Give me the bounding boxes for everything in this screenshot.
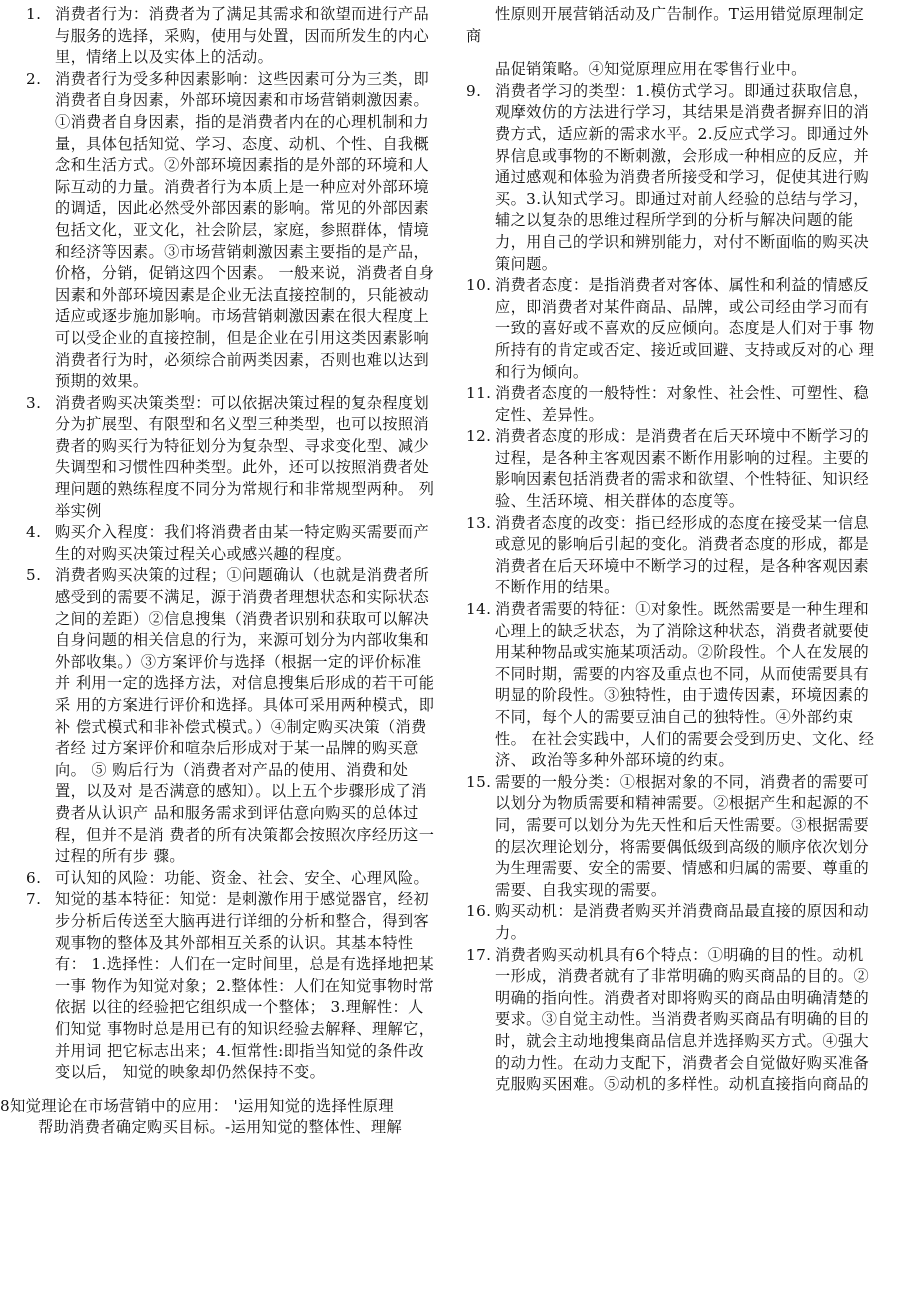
text-line: 同，需要可以划分为先天性和后天性需要。③根据需要 [495, 815, 894, 837]
text-line: 购买介入程度：我们将消费者由某一特定购买需要而产 [55, 522, 458, 544]
text-line: 通过感观和体验为消费者所接受和学习，促使其进行购 [495, 167, 894, 189]
text-line: 辅之以复杂的思维过程所学到的分析与解决问题的能 [495, 210, 894, 232]
text-line: 与服务的选择，采购，使用与处置，因而所发生的内心 [55, 26, 458, 48]
text-line: 费方式，适应新的需求水平。2.反应式学习。即通过外 [495, 124, 894, 146]
list-item: 5.消费者购买决策的过程；①问题确认（也就是消费者所感受到的需要不满足，源于消费… [26, 565, 458, 867]
text-line: 不断作用的结果。 [495, 577, 894, 599]
item-8-paragraph: 8知觉理论在市场营销中的应用： '运用知觉的选择性原理帮助消费者确定购买目标。-… [26, 1096, 458, 1139]
item-number: 2. [26, 69, 54, 91]
text-line: 理问题的熟练程度不同分为常规行和非常规型两种。 列 [55, 479, 458, 501]
text-line: 消费者在后天环境中不断学习的过程，是各种客观因素 [495, 556, 894, 578]
text-line: 性。 在社会实践中，人们的需要会受到历史、文化、经 [495, 729, 894, 751]
text-line: 们知觉 事物时总是用已有的知识经验去解释、理解它， [55, 1019, 458, 1041]
text-line: 消费者购买决策的过程；①问题确认（也就是消费者所 [55, 565, 458, 587]
item-number: 13. [466, 513, 494, 535]
text-line: 心理上的缺乏状态，为了消除这种状态，消费者就要使 [495, 621, 894, 643]
text-line: 向。 ⑤ 购后行为（消费者对产品的使用、消费和处 [55, 760, 458, 782]
text-line: 所持有的肯定或否定、接近或回避、支持或反对的心 理 [495, 340, 894, 362]
text-line: 策问题。 [495, 254, 894, 276]
text-line: 为生理需要、安全的需要、情感和归属的需要、尊重的 [495, 858, 894, 880]
text-line: 消费者学习的类型：1.模仿式学习。即通过获取信息， [495, 81, 894, 103]
text-line: 消费者态度的改变：指已经形成的态度在接受某一信息 [495, 513, 894, 535]
item-number: 10. [466, 275, 494, 297]
text-line: 定性、差异性。 [495, 405, 894, 427]
list-item: 1.消费者行为：消费者为了满足其需求和欲望而进行产品与服务的选择，采购，使用与处… [26, 4, 458, 69]
text-line: 不同，每个人的需要豆油自己的独特性。④外部约束 [495, 707, 894, 729]
list-item: 17.消费者购买动机具有6个特点：①明确的目的性。动机一形成，消费者就有了非常明… [466, 945, 894, 1096]
text-line: 知觉的基本特征：知觉：是刺激作用于感觉器官，经初 [55, 889, 458, 911]
text-line: 过程的所有步 骤。 [55, 846, 458, 868]
list-item: 2.消费者行为受多种因素影响：这些因素可分为三类，即消费者自身因素，外部环境因素… [26, 69, 458, 393]
item-number: 3. [26, 393, 54, 415]
text-line: 帮助消费者确定购买目标。-运用知觉的整体性、理解 [26, 1117, 458, 1139]
text-line: 济、 政治等多种外部环境的约束。 [495, 750, 894, 772]
text-line: 可认知的风险：功能、资金、社会、安全、心理风险。 [55, 868, 458, 890]
text-line: 以划分为物质需要和精神需要。②根据产生和起源的不 [495, 793, 894, 815]
text-line: 包括文化，亚文化，社会阶层，家庭，参照群体，情境 [55, 220, 458, 242]
text-line: 一形成，消费者就有了非常明确的购买商品的目的。② [495, 966, 894, 988]
text-line: 和经济等因素。③市场营销刺激因素主要指的是产品， [55, 242, 458, 264]
text-line: 步分析后传送至大脑再进行详细的分析和整合，得到客 [55, 911, 458, 933]
item-8-continuation: 性原则开展营销活动及广告制作。T运用错觉原理制定 商 品促销策略。④知觉原理应用… [466, 4, 894, 81]
list-item: 12.消费者态度的形成：是消费者在后天环境中不断学习的过程，是各种主客观因素不断… [466, 426, 894, 512]
text-line: 消费者购买决策类型：可以依据决策过程的复杂程度划 [55, 393, 458, 415]
item-number: 6. [26, 868, 54, 890]
list-item: 4.购买介入程度：我们将消费者由某一特定购买需要而产生的对购买决策过程关心或感兴… [26, 522, 458, 565]
right-items-list: 9.消费者学习的类型：1.模仿式学习。即通过获取信息，观摩效仿的方法进行学习，其… [466, 81, 894, 1096]
text-line: 补 偿式模式和非补偿式模式。）④制定购买决策（消费 [55, 717, 458, 739]
text-line: 消费者行为时，必须综合前两类因素，否则也难以达到 [55, 350, 458, 372]
text-line: 或意见的影响后引起的变化。消费者态度的形成，都是 [495, 534, 894, 556]
text-line: 明确的指向性。消费者对即将购买的商品由明确清楚的 [495, 988, 894, 1010]
text-line: 变以后， 知觉的映象却仍然保持不变。 [55, 1062, 458, 1084]
right-column: 性原则开展营销活动及广告制作。T运用错觉原理制定 商 品促销策略。④知觉原理应用… [466, 4, 894, 1096]
text-line: 举实例 [55, 501, 458, 523]
list-item: 15.需要的一般分类：①根据对象的不同，消费者的需要可以划分为物质需要和精神需要… [466, 772, 894, 902]
text-line: 要求。③自觉主动性。当消费者购买商品有明确的目的 [495, 1009, 894, 1031]
text-line: 费者的购买行为特征划分为复杂型、寻求变化型、减少 [55, 436, 458, 458]
item-number: 9. [466, 81, 494, 103]
text-line: 需要的一般分类：①根据对象的不同，消费者的需要可 [495, 772, 894, 794]
text-line: 时，就会主动地搜集商品信息并选择购买方式。④强大 [495, 1031, 894, 1053]
text-line: 失调型和习惯性四种类型。此外，还可以按照消费者处 [55, 457, 458, 479]
text-line: 适应或逐步施加影响。市场营销刺激因素在很大程度上 [55, 306, 458, 328]
text-line: 8知觉理论在市场营销中的应用： '运用知觉的选择性原理 [0, 1096, 458, 1118]
left-column: 1.消费者行为：消费者为了满足其需求和欲望而进行产品与服务的选择，采购，使用与处… [26, 4, 458, 1139]
text-line: 之间的差距）②信息搜集（消费者识别和获取可以解决 [55, 609, 458, 631]
text-line: 力，用自己的学识和辨别能力，对付不断面临的购买决 [495, 232, 894, 254]
text-line: 买。3.认知式学习。即通过对前人经验的总结与学习， [495, 189, 894, 211]
text-line: 程，但并不是消 费者的所有决策都会按照次序经历这一 [55, 825, 458, 847]
text-line: 生的对购买决策过程关心或感兴趣的程度。 [55, 544, 458, 566]
text-line: 影响因素包括消费者的需求和欲望、个性特征、知识经 [495, 469, 894, 491]
text-line: 用某种物品或实施某项活动。②阶段性。个人在发展的 [495, 642, 894, 664]
text-line: 商 [466, 26, 894, 48]
list-item: 7.知觉的基本特征：知觉：是刺激作用于感觉器官，经初步分析后传送至大脑再进行详细… [26, 889, 458, 1083]
text-line: 消费者态度的形成：是消费者在后天环境中不断学习的 [495, 426, 894, 448]
text-line: ①消费者自身因素，指的是消费者内在的心理机制和力 [55, 112, 458, 134]
text-line: 分为扩展型、有限型和名义型三种类型，也可以按照消 [55, 414, 458, 436]
item-number: 1. [26, 4, 54, 26]
text-line: 采 用的方案进行评价和选择。具体可采用两种模式，即 [55, 695, 458, 717]
text-line: 观事物的整体及其外部相互关系的认识。其基本特性 [55, 933, 458, 955]
text-line: 的调适，因此必然受外部因素的影响。常见的外部因素 [55, 198, 458, 220]
list-item: 9.消费者学习的类型：1.模仿式学习。即通过获取信息，观摩效仿的方法进行学习，其… [466, 81, 894, 275]
text-line: 力。 [495, 923, 894, 945]
text-line: 际互动的力量。消费者行为本质上是一种应对外部环境 [55, 177, 458, 199]
text-line: 消费者行为受多种因素影响：这些因素可分为三类，即 [55, 69, 458, 91]
text-line: 不同时期，需要的内容及重点也不同，从而使需要具有 [495, 664, 894, 686]
text-line: 购买动机：是消费者购买并消费商品最直接的原因和动 [495, 901, 894, 923]
item-number: 16. [466, 901, 494, 923]
text-line: 量，具体包括知觉、学习、态度、动机、个性、自我概 [55, 134, 458, 156]
list-item: 10.消费者态度：是指消费者对客体、属性和利益的情感反应，即消费者对某件商品、品… [466, 275, 894, 383]
text-line: 里，情绪上以及实体上的活动。 [55, 47, 458, 69]
text-line: 消费者自身因素，外部环境因素和市场营销刺激因素。 [55, 90, 458, 112]
text-line: 过程，是各种主客观因素不断作用影响的过程。主要的 [495, 448, 894, 470]
item-number: 12. [466, 426, 494, 448]
text-line: 一致的喜好或不喜欢的反应倾向。态度是人们对于事 物 [495, 318, 894, 340]
item-number: 5. [26, 565, 54, 587]
text-line: 因素和外部环境因素是企业无法直接控制的，只能被动 [55, 285, 458, 307]
text-line: 性原则开展营销活动及广告制作。T运用错觉原理制定 [466, 4, 894, 26]
text-line: 依据 以往的经验把它组织成一个整体； 3.理解性：人 [55, 997, 458, 1019]
text-line: 的层次理论划分，将需要偶低级到高级的顺序依次划分 [495, 837, 894, 859]
text-line: 克服购买困难。⑤动机的多样性。动机直接指向商品的 [495, 1074, 894, 1096]
item-number: 11. [466, 383, 494, 405]
item-number: 15. [466, 772, 494, 794]
list-item: 16.购买动机：是消费者购买并消费商品最直接的原因和动力。 [466, 901, 894, 944]
text-line: 消费者行为：消费者为了满足其需求和欲望而进行产品 [55, 4, 458, 26]
text-line: 明显的阶段性。③独特性，由于遗传因素，环境因素的 [495, 685, 894, 707]
text-line: 和行为倾向。 [495, 362, 894, 384]
list-item: 6.可认知的风险：功能、资金、社会、安全、心理风险。 [26, 868, 458, 890]
text-line: 观摩效仿的方法进行学习，其结果是消费者摒弃旧的消 [495, 102, 894, 124]
list-item: 14.消费者需要的特征：①对象性。既然需要是一种生理和心理上的缺乏状态，为了消除… [466, 599, 894, 772]
text-line: 应，即消费者对某件商品、品牌，或公司经由学习而有 [495, 297, 894, 319]
text-line: 置，以及对 是否满意的感知）。以上五个步骤形成了消 [55, 781, 458, 803]
text-line: 者经 过方案评价和喧杂后形成对于某一品牌的购买意 [55, 738, 458, 760]
text-line: 感受到的需要不满足，源于消费者理想状态和实际状态 [55, 587, 458, 609]
item-number: 7. [26, 889, 54, 911]
text-line: 品促销策略。④知觉原理应用在零售行业中。 [466, 59, 894, 81]
text-line: 外部收集。）③方案评价与选择（根据一定的评价标准 [55, 652, 458, 674]
text-line: 并 利用一定的选择方法，对信息搜集后形成的若干可能 [55, 673, 458, 695]
text-line: 一事 物作为知觉对象；2.整体性：人们在知觉事物时常 [55, 976, 458, 998]
text-line: 费者从认识产 品和服务需求到评估意向购买的总体过 [55, 803, 458, 825]
text-line: 消费者态度的一般特性：对象性、社会性、可塑性、稳 [495, 383, 894, 405]
text-line: 有： 1.选择性：人们在一定时间里，总是有选择地把某 [55, 954, 458, 976]
item-number: 4. [26, 522, 54, 544]
item-number: 17. [466, 945, 494, 967]
list-item: 3.消费者购买决策类型：可以依据决策过程的复杂程度划分为扩展型、有限型和名义型三… [26, 393, 458, 523]
text-line: 并用词 把它标志出来；4.恒常性:即指当知觉的条件改 [55, 1041, 458, 1063]
text-line: 验、生活环境、相关群体的态度等。 [495, 491, 894, 513]
list-item: 13.消费者态度的改变：指已经形成的态度在接受某一信息或意见的影响后引起的变化。… [466, 513, 894, 599]
text-line: 消费者态度：是指消费者对客体、属性和利益的情感反 [495, 275, 894, 297]
text-line: 自身问题的相关信息的行为，来源可划分为内部收集和 [55, 630, 458, 652]
text-line: 界信息或事物的不断刺激，会形成一种相应的反应，并 [495, 146, 894, 168]
text-line: 消费者需要的特征：①对象性。既然需要是一种生理和 [495, 599, 894, 621]
text-line: 的动力性。在动力支配下，消费者会自觉做好购买准备 [495, 1053, 894, 1075]
text-line: 需要、自我实现的需要。 [495, 880, 894, 902]
list-item: 11.消费者态度的一般特性：对象性、社会性、可塑性、稳定性、差异性。 [466, 383, 894, 426]
text-line: 消费者购买动机具有6个特点：①明确的目的性。动机 [495, 945, 894, 967]
text-line: 价格，分销，促销这四个因素。 一般来说，消费者自身 [55, 263, 458, 285]
text-line: 预期的效果。 [55, 371, 458, 393]
text-line: 可以受企业的直接控制，但是企业在引用这类因素影响 [55, 328, 458, 350]
text-line: 念和生活方式。②外部环境因素指的是外部的环境和人 [55, 155, 458, 177]
item-number: 14. [466, 599, 494, 621]
